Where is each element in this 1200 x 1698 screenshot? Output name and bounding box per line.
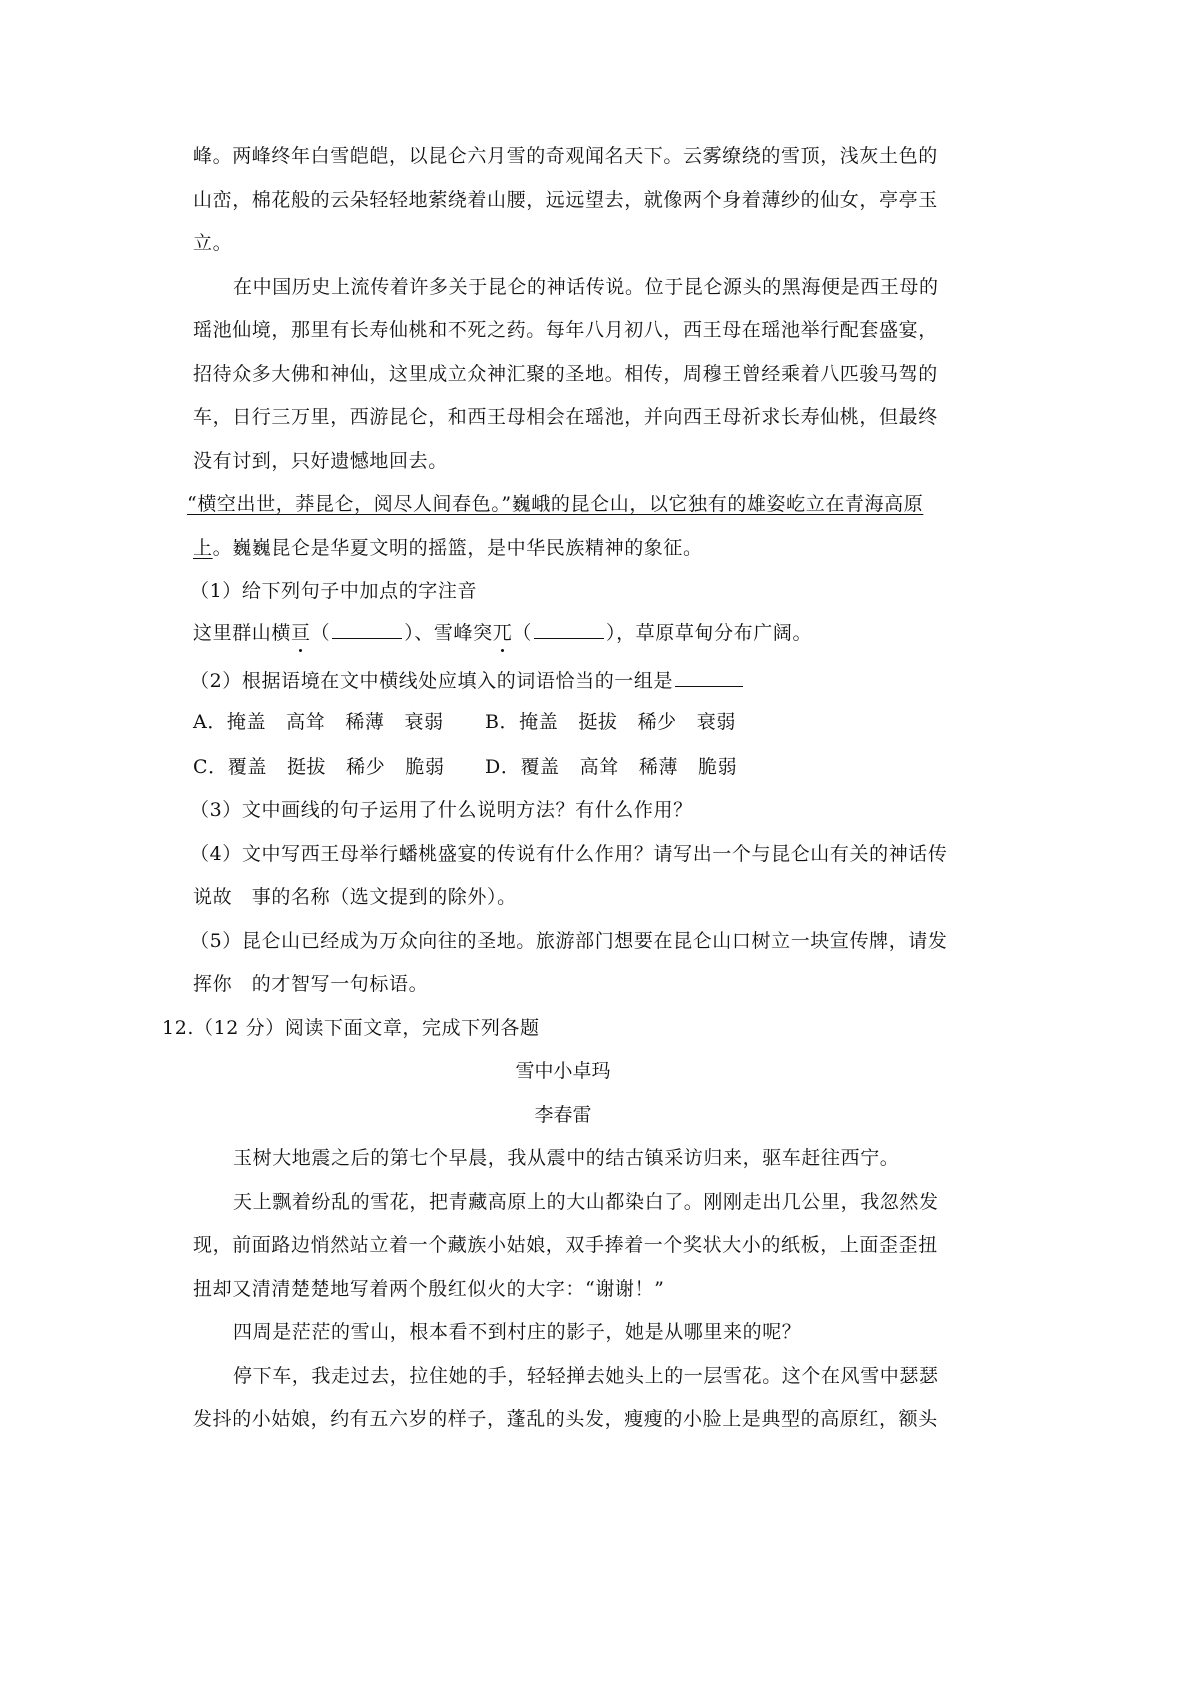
- options-row-2: C．覆盖挺拔稀少脆弱 D．覆盖高耸稀薄脆弱: [193, 755, 757, 779]
- section-12-heading: 12.（12 分）阅读下面文章，完成下列各题: [162, 1016, 540, 1040]
- option-label: B．: [485, 711, 519, 733]
- option-c[interactable]: C．覆盖挺拔稀少脆弱: [193, 755, 485, 779]
- option-word: 高耸: [286, 710, 325, 734]
- exam-page: 峰。两峰终年白雪皑皑，以昆仑六月雪的奇观闻名天下。云雾缭绕的雪顶，浅灰土色的 山…: [0, 0, 1200, 1698]
- answer-blank-2[interactable]: [534, 618, 604, 639]
- option-word: 挺拔: [287, 755, 326, 779]
- dotted-char: 亘: [291, 621, 311, 645]
- option-b[interactable]: B．掩盖挺拔稀少衰弱: [485, 710, 756, 734]
- option-d[interactable]: D．覆盖高耸稀薄脆弱: [485, 755, 757, 779]
- q1-text: （: [512, 622, 532, 644]
- option-word: 覆盖: [228, 755, 267, 779]
- answer-blank-1[interactable]: [332, 618, 402, 639]
- passage-line: 山峦，棉花般的云朵轻轻地萦绕着山腰，远远望去，就像两个身着薄纱的仙女，亭亭玉: [193, 188, 938, 212]
- article-line: 天上飘着纷乱的雪花，把青藏高原上的大山都染白了。刚刚走出几公里，我忽然发: [233, 1190, 939, 1214]
- passage-text: 。巍巍昆仑是华夏文明的摇篮，是中华民族精神的象征。: [213, 537, 703, 559]
- option-word: 稀薄: [345, 710, 384, 734]
- article-line: 发抖的小姑娘，约有五六岁的样子，蓬乱的头发，瘦瘦的小脸上是典型的高原红，额头: [193, 1407, 938, 1431]
- option-word: 挺拔: [578, 710, 617, 734]
- option-label: C．: [193, 756, 228, 778]
- question-4-line1: （4）文中写西王母举行蟠桃盛宴的传说有什么作用？请写出一个与昆仑山有关的神话传: [190, 842, 948, 866]
- passage-line: 立。: [193, 231, 232, 255]
- question-1-prompt: （1）给下列句子中加点的字注音: [190, 579, 477, 603]
- question-2-prompt: （2）根据语境在文中横线处应填入的词语恰当的一组是: [190, 666, 743, 693]
- q1-text: ）、雪峰突: [404, 622, 493, 644]
- passage-line: 上。巍巍昆仑是华夏文明的摇篮，是中华民族精神的象征。: [193, 536, 703, 560]
- question-5-line1: （5）昆仑山已经成为万众向往的圣地。旅游部门想要在昆仑山口树立一块宣传牌，请发: [190, 929, 948, 953]
- option-label: A．: [193, 711, 227, 733]
- passage-line: 没有讨到，只好遗憾地回去。: [193, 449, 448, 473]
- option-word: 脆弱: [405, 755, 444, 779]
- underlined-sentence: “横空出世，莽昆仑，阅尽人间春色。”巍峨的昆仑山，以它独有的雄姿屹立在青海高原: [187, 492, 923, 516]
- underlined-text: “横空出世，莽昆仑，阅尽人间春色。”巍峨的昆仑山，以它独有的雄姿屹立在青海高原: [187, 493, 923, 515]
- question-5-line2: 挥你 的才智写一句标语。: [193, 972, 428, 996]
- answer-blank-q2[interactable]: [675, 666, 743, 687]
- question-1-sentence: 这里群山横亘（）、雪峰突兀（），草原草甸分布广阔。: [193, 618, 812, 645]
- question-4-line2: 说故 事的名称（选文提到的除外）。: [193, 885, 517, 909]
- article-line: 玉树大地震之后的第七个早晨，我从震中的结古镇采访归来，驱车赶往西宁。: [233, 1146, 899, 1170]
- q1-text: （: [311, 622, 331, 644]
- q1-text: ），草原草甸分布广阔。: [606, 622, 812, 644]
- article-line: 现，前面路边悄然站立着一个藏族小姑娘，双手捧着一个奖状大小的纸板，上面歪歪扭: [193, 1233, 938, 1257]
- option-word: 覆盖: [520, 755, 559, 779]
- article-line: 停下车，我走过去，拉住她的手，轻轻掸去她头上的一层雪花。这个在风雪中瑟瑟: [233, 1364, 939, 1388]
- article-title: 雪中小卓玛: [0, 1059, 1126, 1083]
- option-word: 掩盖: [227, 710, 266, 734]
- option-word: 衰弱: [697, 710, 736, 734]
- option-word: 衰弱: [405, 710, 444, 734]
- option-word: 掩盖: [519, 710, 558, 734]
- option-word: 稀少: [638, 710, 677, 734]
- article-line: 四周是茫茫的雪山，根本看不到村庄的影子，她是从哪里来的呢？: [233, 1320, 801, 1344]
- option-word: 稀薄: [639, 755, 678, 779]
- passage-line: 峰。两峰终年白雪皑皑，以昆仑六月雪的奇观闻名天下。云雾缭绕的雪顶，浅灰土色的: [193, 144, 938, 168]
- question-3: （3）文中画线的句子运用了什么说明方法？有什么作用？: [190, 798, 693, 822]
- article-author: 李春雷: [0, 1103, 1126, 1127]
- option-word: 稀少: [346, 755, 385, 779]
- option-a[interactable]: A．掩盖高耸稀薄衰弱: [193, 710, 485, 734]
- article-line: 扭却又清清楚楚地写着两个殷红似火的大字：“谢谢！”: [193, 1277, 664, 1301]
- option-label: D．: [485, 756, 520, 778]
- underlined-text: 上: [193, 537, 213, 559]
- dotted-char: 兀: [493, 621, 513, 645]
- q1-text: 这里群山横: [193, 622, 291, 644]
- q2-text: （2）根据语境在文中横线处应填入的词语恰当的一组是: [190, 670, 673, 692]
- options-row-1: A．掩盖高耸稀薄衰弱 B．掩盖挺拔稀少衰弱: [193, 710, 756, 734]
- passage-line: 车，日行三万里，西游昆仑，和西王母相会在瑶池，并向西王母祈求长寿仙桃，但最终: [193, 405, 938, 429]
- passage-line: 在中国历史上流传着许多关于昆仑的神话传说。位于昆仑源头的黑海便是西王母的: [233, 275, 939, 299]
- option-word: 脆弱: [698, 755, 737, 779]
- passage-line: 招待众多大佛和神仙，这里成立众神汇聚的圣地。相传，周穆王曾经乘着八匹骏马驾的: [193, 362, 938, 386]
- option-word: 高耸: [580, 755, 619, 779]
- passage-line: 瑶池仙境，那里有长寿仙桃和不死之药。每年八月初八，西王母在瑶池举行配套盛宴，: [193, 318, 938, 342]
